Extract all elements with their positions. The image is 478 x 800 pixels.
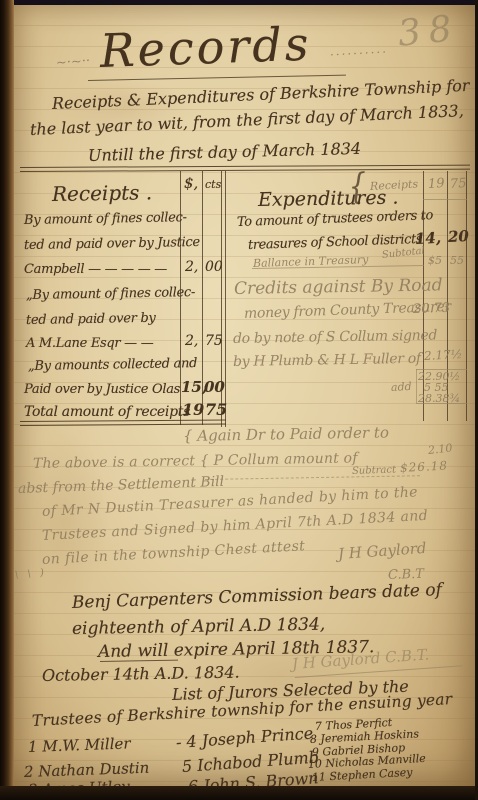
receipt-entry3-cents: 00 — [204, 378, 225, 396]
credits-line1: Credits against By Road — [234, 275, 443, 299]
credits-line4: by H Plumb & H L Fuller of — [233, 351, 421, 370]
money-header-cents: cts — [205, 178, 221, 191]
receipt-entry2-line1: „By amount of fines collec- — [26, 285, 195, 303]
pencil-receipts-cents: 75 — [450, 176, 467, 192]
credits-line2-amount: 20.73 — [413, 301, 451, 317]
scanned-ledger-page: ~·~·· Records ·········· 38 Receipts & E… — [0, 0, 478, 800]
sum-box-left — [416, 369, 417, 403]
pencil-note-underline — [423, 199, 467, 200]
attestation-amount-top: 2.10 — [427, 441, 453, 456]
scan-bottom-edge — [0, 786, 478, 800]
credits-add-label: add — [391, 380, 412, 394]
commission-date-line: October 14th A.D. 1834. — [42, 663, 240, 685]
receipts-title: Receipts . — [52, 180, 153, 206]
table-right-rule — [466, 171, 467, 421]
receipts-total-label: Total amount of receipts — [24, 404, 190, 420]
balance-note-cents: 55 — [450, 254, 464, 267]
receipt-entry2-line3: A M.Lane Esqr — — — [26, 336, 153, 351]
receipts-total-cents: 75 — [205, 400, 227, 419]
juror-name: 1 M.W. Miller — [28, 734, 131, 756]
again-line: { Again Dr to Paid order to — [183, 423, 389, 445]
receipt-entry3-line2: Paid over by Justice Olas — [24, 382, 180, 397]
receipt-entry2-dollars: 2, — [185, 333, 198, 349]
book-binding — [0, 0, 14, 800]
receipt-entry1-line2: ted and paid over by Justice — [24, 235, 200, 253]
title-scribble-left: ~·~·· — [55, 54, 90, 71]
table-center-rule — [225, 171, 226, 427]
receipt-entry1-line1: By amount of fines collec- — [24, 210, 187, 228]
money-header-dollars: $, — [184, 174, 198, 192]
subtract-amount: $26.18 — [400, 458, 449, 474]
receipt-entry1-dollars: 2, — [185, 259, 198, 275]
expenditures-title: Expenditures . — [258, 187, 399, 211]
receipt-entry3-line1: „By amounts collected and — [28, 356, 197, 374]
pencil-receipts-dollars: 19 — [428, 176, 445, 192]
page-title: Records — [99, 17, 312, 78]
page-number: 38 — [396, 8, 462, 55]
credits-line4-amount: 2.17½ — [424, 347, 463, 363]
credits-sum3: 28.38¾ — [418, 392, 460, 405]
balance-note-dollars: $5 — [428, 254, 442, 267]
receipts-total-dollars: 19 — [182, 400, 204, 419]
receipt-entry1-cents: 00 — [205, 259, 223, 275]
expenditure-entry1-cents: 20 — [448, 227, 470, 246]
receipt-entry2-cents: 75 — [205, 333, 223, 349]
receipt-entry2-line2: ted and paid over by — [26, 311, 156, 328]
receipt-entry1-line3: Campbell — — — — — — [24, 262, 167, 277]
